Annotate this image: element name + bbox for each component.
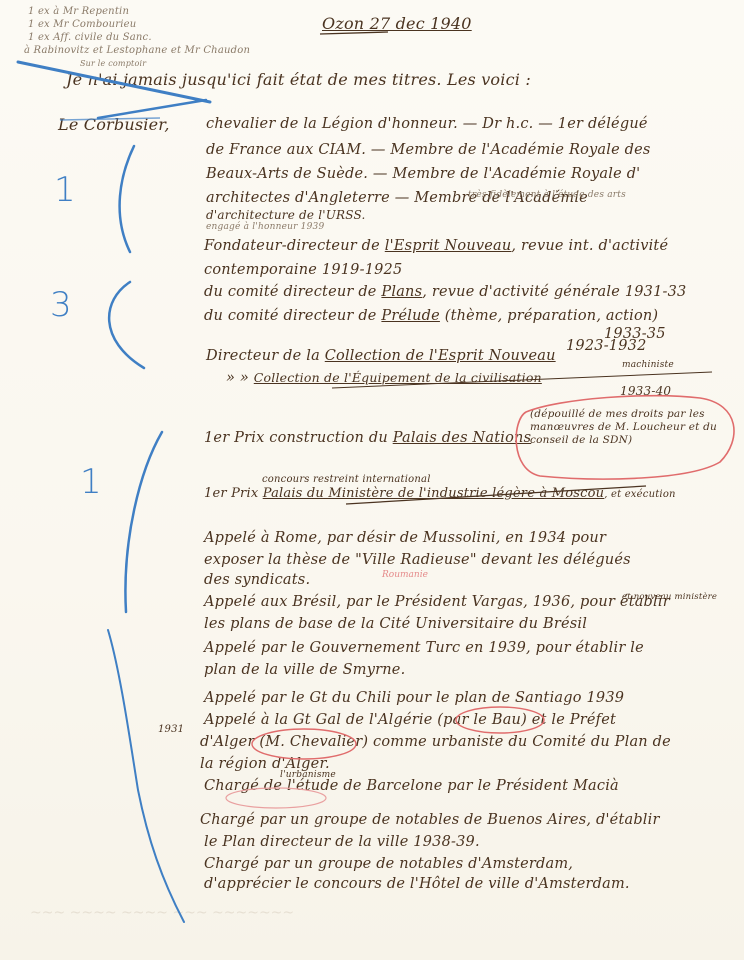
blue-bracket: [120, 146, 134, 252]
date-underline: [320, 32, 388, 34]
blue-strike-line: [98, 100, 206, 118]
pencil-markings: [0, 0, 744, 960]
red-circle: [516, 396, 734, 479]
red-circle: [226, 788, 326, 808]
red-circle: [252, 729, 356, 759]
blue-bracket: [125, 432, 162, 612]
manuscript-page: ~~~ ~~~~ ~~~~ ~~~ ~~~~~~~ 1 ex à Mr Repe…: [0, 0, 744, 960]
blue-bracket: [109, 282, 144, 368]
blue-strike-line: [18, 62, 210, 102]
blue-strike-line: [60, 118, 160, 120]
underline: [346, 486, 646, 504]
red-circle: [456, 707, 544, 733]
blue-bracket: [108, 630, 184, 922]
underline: [332, 372, 712, 388]
